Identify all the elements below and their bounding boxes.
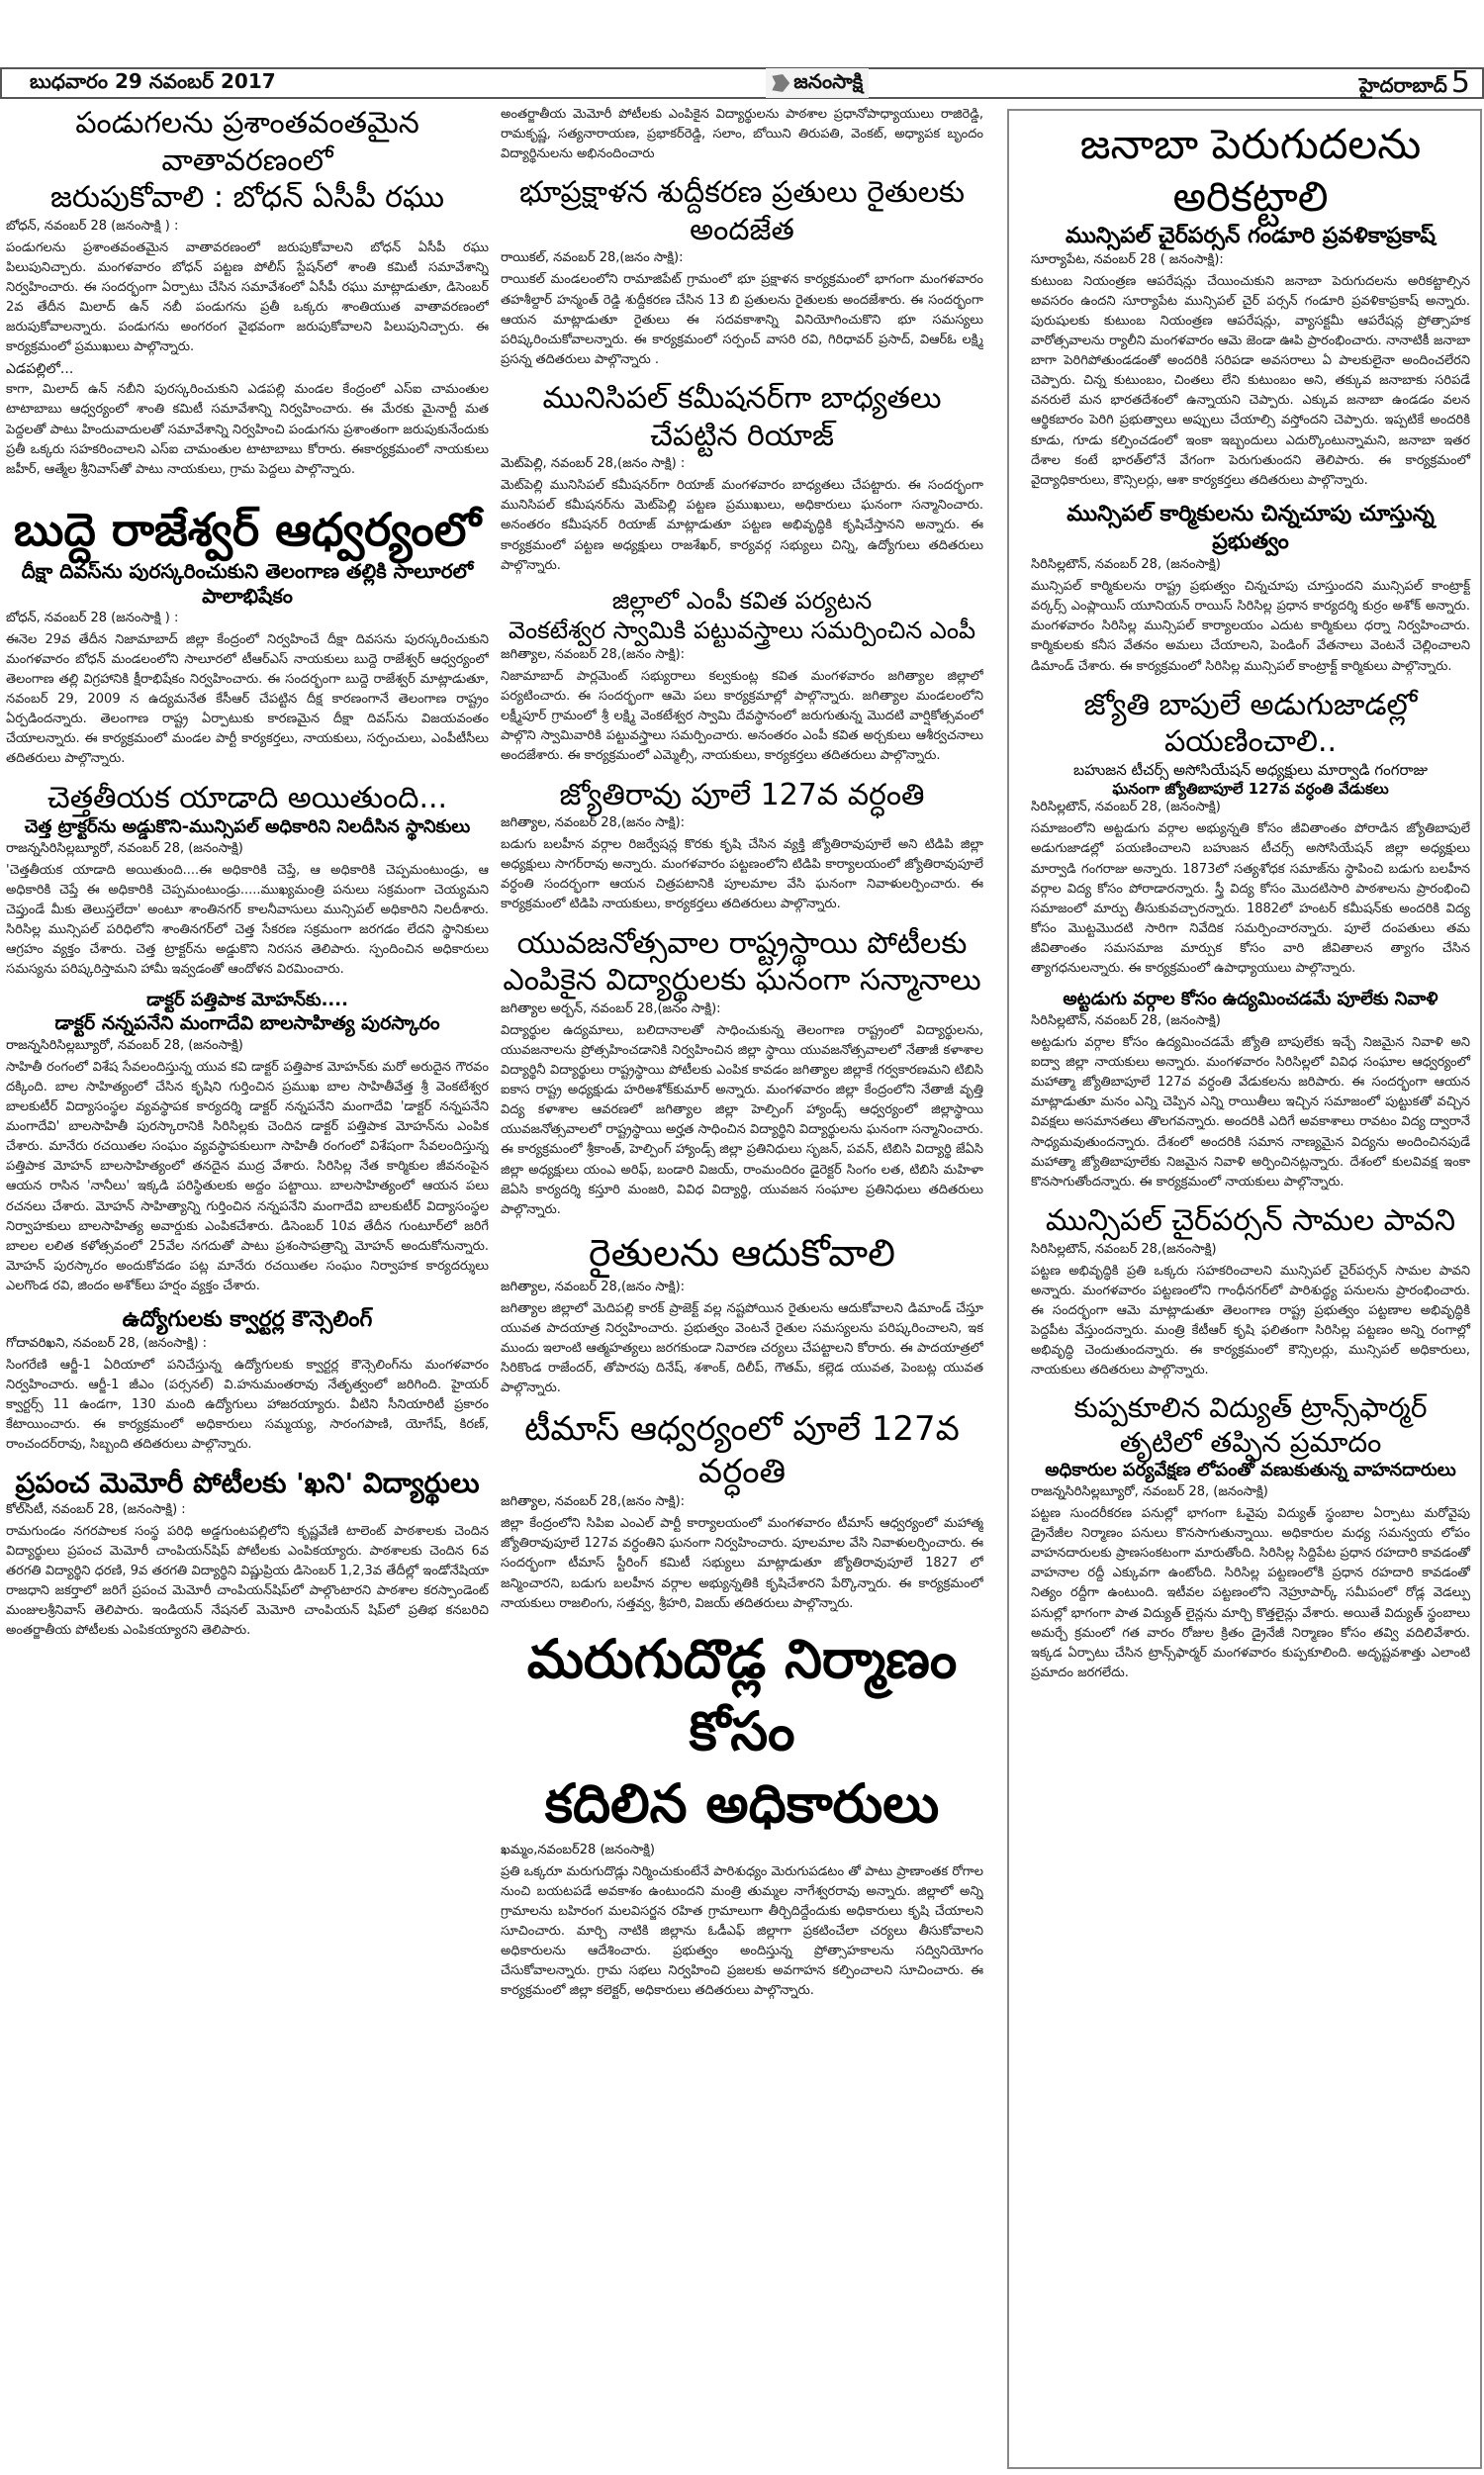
headline: తృటిలో తప్పిన ప్రమాదం [1031,1425,1470,1460]
article-body: పట్టణ సుందరీకరణ పనుల్లో భాగంగా ఓవైపు విద… [1031,1504,1470,1683]
headline: మున్సిపల్ కార్మికులను చిన్నచూపు చూస్తున్… [1031,501,1470,555]
dateline: జగిత్యాల అర్బన్, నవంబర్ 28,(జనం సాక్షి): [501,1001,983,1019]
headline: ఉద్యోగులకు క్వార్టర్ల కౌన్సెలింగ్ [6,1306,489,1334]
right-column: జనాబా పెరుగుదలను అరికట్టాలి మున్సిపల్ చై… [1007,109,1482,2469]
article-chairperson-pavani: మున్సిపల్ చైర్‌పర్సన్ సామల పావని సిరిసిల… [1031,1202,1470,1380]
article-municipal-commissioner: మునిసిపల్ కమీషనర్‌గా బాధ్యతలు చేపట్టిన ర… [501,380,983,576]
middle-column: అంతర్జాతీయ మెమోరీ పోటీలకు ఎంపికైన విద్యా… [501,105,983,2465]
dateline: సిరిసిల్లటౌన్, నవంబర్ 28, (జనంసాక్షి) [1031,800,1470,817]
newspaper-page: బుధవారం 29 నవంబర్ 2017 జనంసాక్షి హైదరాబా… [0,0,1484,2475]
headline: వెంకటేశ్వర స్వామికి పట్టువస్త్రాలు సమర్ప… [501,616,983,645]
dateline: కోల్‌సిటీ, నవంబర్ 28, (జనంసాక్షి) : [6,1502,489,1520]
left-column: పండుగలను ప్రశాంతవంతమైన వాతావరణంలో జరుపుక… [6,105,489,2465]
article-body: విద్యార్థుల ఉద్యమాలు, బలిదానాలతో సాధించు… [501,1021,983,1220]
dateline: సిరిసిల్లటౌన్, నవంబర్ 28, (జనంసాక్షి) [1031,557,1470,575]
article-body: పట్టణ అభివృద్ధికి ప్రతి ఒక్కరు సహకరించాల… [1031,1262,1470,1381]
article-body: జిల్లా కేంద్రంలోని సిపిఐ ఎంఎల్ పార్టీ కా… [501,1514,983,1614]
dateline: జగిత్యాల, నవంబర్ 28,(జనం సాక్షి): [501,1280,983,1297]
dateline: సూర్యాపేట, నవంబర్ 28 ( జనంసాక్షి): [1031,252,1470,270]
article-body: నిజామాబాద్ పార్లమెంట్ సభ్యురాలు కల్వకుంట… [501,667,983,767]
article-body: సాహితీ రంగంలో విశేష సేవలందిస్తున్న యువ క… [6,1058,489,1297]
article-body: సింగరేణి ఆర్జీ-1 ఏరియాలో పనిచేస్తున్న ఉద… [6,1356,489,1456]
article-body: జగిత్యాల జిల్లాలో మెదిపల్లి కారక్ ప్రాజె… [501,1299,983,1399]
masthead: బుధవారం 29 నవంబర్ 2017 జనంసాక్షి హైదరాబా… [0,67,1484,99]
headline: డాక్టర్ నన్నపనేని మంగాదేవి బాలసాహిత్య పు… [6,1012,489,1036]
headline: భూప్రక్షాళన శుద్దీకరణ ప్రతులు రైతులకు అం… [501,174,983,248]
article-memory-contest: ప్రపంచ మెమోరీ పోటీలకు 'ఖని' విద్యార్థులు… [6,1466,489,1642]
headline: మునిసిపల్ కమీషనర్‌గా బాధ్యతలు చేపట్టిన ర… [501,380,983,454]
headline: కదిలిన అధికారులు [501,1768,983,1841]
article-mohan-award: డాక్టర్ పత్తిపాక మోహన్‌కు.... డాక్టర్ నన… [6,990,489,1296]
headline: బుద్దె రాజేశ్వర్ ఆధ్వర్యంలో [6,502,489,559]
dateline: రాజన్నసిరిసిల్లబ్యూరో, నవంబర్ 28, (జనంసా… [6,1038,489,1056]
dateline: బోధన్, నవంబర్ 28 (జనంసాక్షి ) : [6,219,489,237]
headline: పండుగలను ప్రశాంతవంతమైన వాతావరణంలో [6,105,489,179]
headline: చెత్త ట్రాక్టర్‌ను అడ్డుకొని-మున్సిపల్ అ… [6,816,489,839]
subheading: ఎడపల్లిలో... [6,361,489,380]
dateline: మెట్‌పెల్లి, నవంబర్ 28,(జనం సాక్షి) : [501,456,983,474]
headline: అట్టడుగు వర్గాల కోసం ఉద్యమించడమే పూలేకు … [1031,989,1470,1011]
headline: చెత్తతీయక యాడాది అయితుంది... [6,780,489,817]
headline: టీమాస్ ఆధ్వర్యంలో పూలే 127వ వర్ధంతి [501,1408,983,1492]
article-body: కాగా, మిలాద్ ఉన్ నబీని పురస్కరించుకుని ఎ… [6,380,489,480]
headline: జ్యోతి బాపులే అడుగుజాడల్లో పయణించాలి.. [1031,687,1470,761]
article-memory-continued: అంతర్జాతీయ మెమోరీ పోటీలకు ఎంపికైన విద్యా… [501,105,983,164]
article-body: కుటుంబ నియంత్రణ ఆపరేషన్లు చేయించుకుని జన… [1031,272,1470,492]
article-quarters-counselling: ఉద్యోగులకు క్వార్టర్ల కౌన్సెలింగ్ గోదావర… [6,1306,489,1455]
article-budde-rajeshwar: బుద్దె రాజేశ్వర్ ఆధ్వర్యంలో దీక్షా దివస్… [6,502,489,769]
article-body: 'చెత్తతీయక యాడాది అయితుంది....ఈ అధికారిక… [6,861,489,981]
article-body: అంతర్జాతీయ మెమోరీ పోటీలకు ఎంపికైన విద్యా… [501,105,983,164]
article-mp-kavitha: జిల్లాలో ఎంపీ కవిత పర్యటన వెంకటేశ్వర స్వ… [501,586,983,767]
dateline: ఖమ్మం,నవంబర్28 (జనంసాక్షి) [501,1843,983,1860]
article-body: పండుగలను ప్రశాంతవంతమైన వాతావరణంలో జరుపుక… [6,238,489,358]
headline: ప్రపంచ మెమోరీ పోటీలకు 'ఖని' విద్యార్థులు [6,1466,489,1500]
dateline: బోధన్, నవంబర్ 28 (జనంసాక్షి ) : [6,611,489,628]
headline: కుప్పకూలిన విద్యుత్ ట్రాన్స్‌ఫార్మర్ [1031,1390,1470,1425]
headline: జ్యోతిరావు పూలే 127వ వర్ధంతి [501,777,983,814]
article-phule-anniversary: జ్యోతిరావు పూలే 127వ వర్ధంతి జగిత్యాల, న… [501,777,983,915]
headline: జరుపుకోవాలి : బోధన్ ఏసీపీ రఘు [6,179,489,217]
article-tmass-phule: టీమాస్ ఆధ్వర్యంలో పూలే 127వ వర్ధంతి జగిత… [501,1408,983,1614]
article-body: మెట్‌పెల్లి మునిసిపల్ కమీషనర్‌గా రియాజ్ … [501,476,983,576]
dateline: రాయికల్, నవంబర్ 28,(జనం సాక్షి): [501,250,983,268]
article-body: ఈనెల 29వ తేదీన నిజామాబాద్ జిల్లా కేంద్రం… [6,630,489,770]
article-acp-raghu: పండుగలను ప్రశాంతవంతమైన వాతావరణంలో జరుపుక… [6,105,489,480]
headline: ఎంపికైన విద్యార్థులకు ఘనంగా సన్మానాలు [501,962,983,1000]
headline: దీక్షా దివస్‌ను పురస్కరించుకుని తెలంగాణ … [6,559,489,609]
edition-info: హైదరాబాద్ 5 [1359,65,1470,102]
headline: రైతులను ఆదుకోవాలి [501,1230,983,1278]
edition-city: హైదరాబాద్ [1359,73,1447,102]
newspaper-logo: జనంసాక్షి [766,68,869,98]
headline: యువజనోత్సవాల రాష్ట్రస్థాయి పోటీలకు [501,925,983,963]
article-body: బడుగు బలహీన వర్గాల రిజర్వేషన్ల కొరకు కృష… [501,835,983,915]
headline: జిల్లాలో ఎంపీ కవిత పర్యటన [501,586,983,616]
article-body: ప్రతి ఒక్కరూ మరుగుదొడ్లు నిర్మించుకుంటేన… [501,1862,983,2002]
dateline: జగిత్యాల, నవంబర్ 28,(జనం సాక్షి): [501,1494,983,1512]
headline: డాక్టర్ పత్తిపాక మోహన్‌కు.... [6,990,489,1012]
headline: ఘనంగా జ్యోతిబాపూలే 127వ వర్ధంతి వేడుకలు [1031,780,1470,799]
article-land-records: భూప్రక్షాళన శుద్దీకరణ ప్రతులు రైతులకు అం… [501,174,983,370]
headline: మున్సిపల్ చైర్‌పర్సన్ గండూరి ప్రవళికాప్ర… [1031,223,1470,250]
issue-date: బుధవారం 29 నవంబర్ 2017 [30,69,276,98]
article-youth-festival: యువజనోత్సవాల రాష్ట్రస్థాయి పోటీలకు ఎంపిక… [501,925,983,1220]
headline: జనాబా పెరుగుదలను అరికట్టాలి [1031,119,1470,223]
article-jyoti-bapule: జ్యోతి బాపులే అడుగుజాడల్లో పయణించాలి.. బ… [1031,687,1470,980]
dateline: గోదావరిఖని, నవంబర్ 28, (జనంసాక్షి) : [6,1336,489,1354]
article-body: రాయికల్ మండలంలోని రామాజిపేట్ గ్రామంలో భూ… [501,270,983,370]
dateline: జగిత్యాల, నవంబర్ 28,(జనం సాక్షి): [501,815,983,833]
headline: మున్సిపల్ చైర్‌పర్సన్ సామల పావని [1031,1202,1470,1240]
article-body: అట్టడుగు వర్గాల కోసం ఉద్యమించడమే జ్యోతి … [1031,1033,1470,1192]
logo-text: జనంసాక్షి [793,69,863,98]
dateline: సిరిసిల్లటౌన్, నవంబర్ 28, (జనంసాక్షి) [1031,1013,1470,1031]
headline: మరుగుదొడ్ల నిర్మాణం కోసం [501,1624,983,1768]
article-farmers: రైతులను ఆదుకోవాలి జగిత్యాల, నవంబర్ 28,(జ… [501,1230,983,1398]
article-municipal-workers: మున్సిపల్ కార్మికులను చిన్నచూపు చూస్తున్… [1031,501,1470,677]
dateline: సిరిసిల్లటౌన్, నవంబర్ 28,(జనంసాక్షి) [1031,1242,1470,1260]
article-body: రామగుండం నగరపాలక సంస్థ పరిధి అడ్డగుంటపల్… [6,1522,489,1642]
headline: అధికారుల పర్యవేక్షణ లోపంతో వణుకుతున్న వా… [1031,1460,1470,1482]
article-body: మున్సిపల్ కార్మికులను రాష్ట్ర ప్రభుత్వం … [1031,577,1470,677]
article-body: సమాజంలోని అట్టడుగు వర్గాల అభ్యున్నతి కోస… [1031,819,1470,979]
article-phule-tribute: అట్టడుగు వర్గాల కోసం ఉద్యమించడమే పూలేకు … [1031,989,1470,1192]
dateline: రాజన్నసిరిసిల్లబ్యూరో, నవంబర్ 28, (జనంసా… [1031,1484,1470,1502]
dateline: రాజన్నసిరిసిల్లబ్యూరో, నవంబర్ 28, (జనంసా… [6,841,489,859]
article-transformer-collapse: కుప్పకూలిన విద్యుత్ ట్రాన్స్‌ఫార్మర్ తృట… [1031,1390,1470,1683]
article-toilets: మరుగుదొడ్ల నిర్మాణం కోసం కదిలిన అధికారుల… [501,1624,983,2002]
dateline: జగిత్యాల, నవంబర్ 28,(జనం సాక్షి): [501,647,983,665]
article-population: జనాబా పెరుగుదలను అరికట్టాలి మున్సిపల్ చై… [1031,119,1470,491]
article-garbage-tractor: చెత్తతీయక యాడాది అయితుంది... చెత్త ట్రాక… [6,780,489,981]
headline: బహుజన టీచర్స్ అసోసియేషన్ అధ్యక్షులు మార్… [1031,761,1470,780]
telangana-map-icon [772,74,789,92]
page-number: 5 [1451,65,1470,100]
